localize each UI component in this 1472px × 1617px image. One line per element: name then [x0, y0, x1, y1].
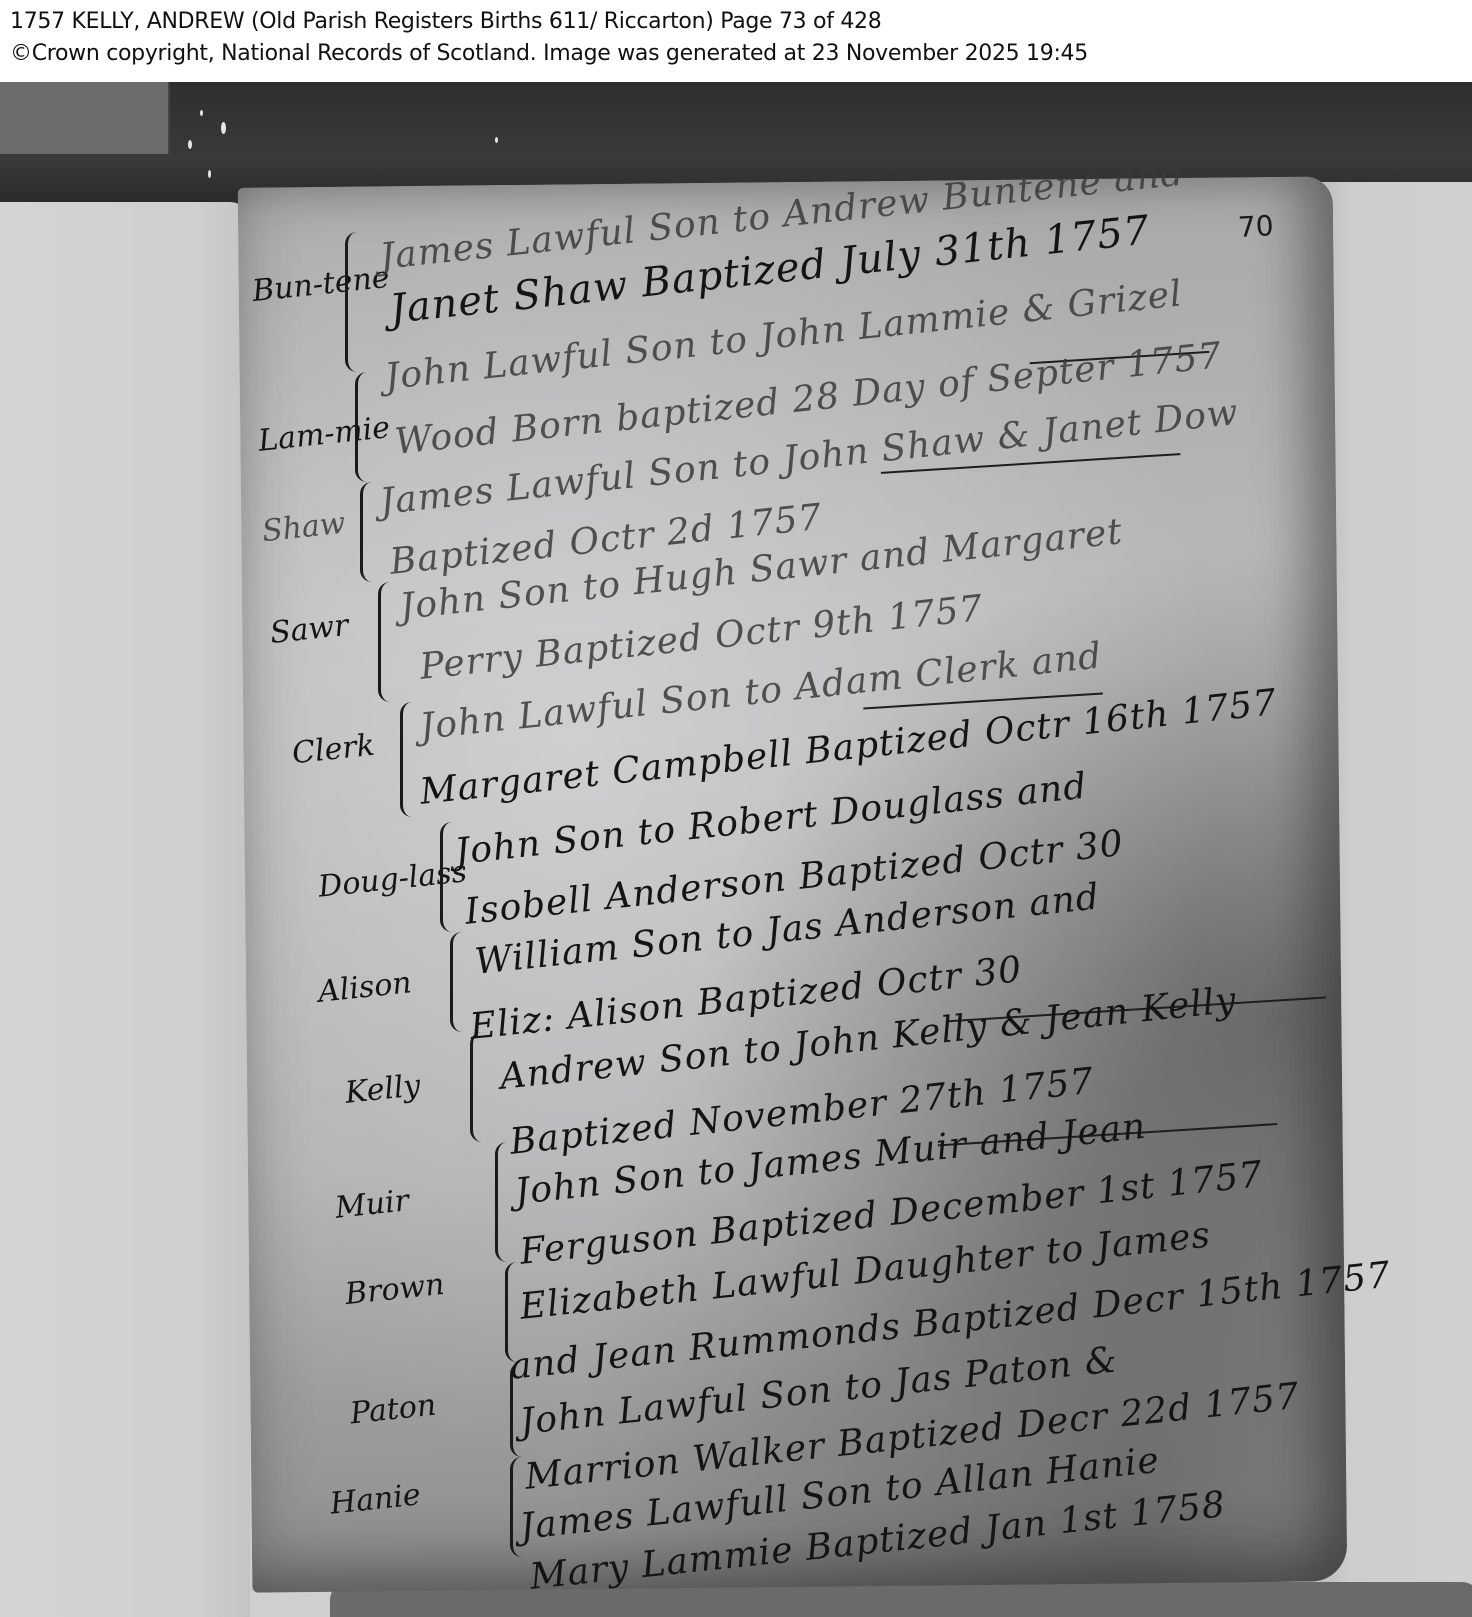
- register-scan-image: 70 Bun-tene Lam-mie Shaw Sawr Clerk Doug…: [0, 82, 1472, 1617]
- folio-number: 70: [1237, 209, 1274, 244]
- facing-page-left: [0, 202, 250, 1617]
- scanner-corner: [0, 82, 170, 154]
- record-title: 1757 KELLY, ANDREW (Old Parish Registers…: [10, 6, 1472, 38]
- record-header: 1757 KELLY, ANDREW (Old Parish Registers…: [0, 0, 1472, 82]
- copyright-notice: ©Crown copyright, National Records of Sc…: [10, 38, 1472, 70]
